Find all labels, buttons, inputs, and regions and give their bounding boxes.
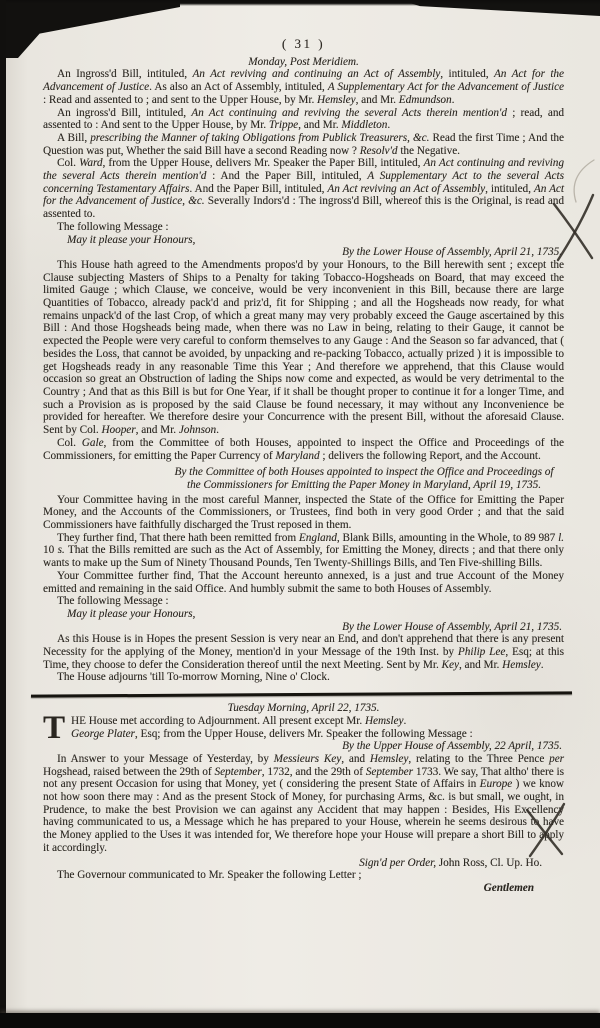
- italic-text: George Plater: [71, 728, 135, 740]
- text: A Bill,: [57, 132, 90, 144]
- paragraph-house-agreed-amendments: This House hath agreed to the Amendments…: [43, 259, 564, 437]
- text: An ingross'd Bill, intituled,: [57, 107, 191, 119]
- italic-text: England: [299, 532, 337, 544]
- italic-text: Monday, Post Meridiem.: [248, 56, 359, 68]
- text: Col.: [57, 157, 79, 169]
- text: , and Mr.: [356, 94, 399, 106]
- scanned-document-page: { "page": { "number_display": "( 31 )", …: [0, 0, 600, 1028]
- italic-text: Resolv'd: [360, 145, 398, 157]
- text: 10: [43, 544, 58, 556]
- italic-text: Johnson: [179, 424, 216, 436]
- text: .: [541, 659, 544, 671]
- byline-upper-house: By the Upper House of Assembly, 22 April…: [43, 740, 564, 753]
- scan-edge-left: [0, 0, 6, 1028]
- scan-edge-top: [0, 0, 600, 6]
- text: , 1732, and the 29th of: [262, 766, 366, 778]
- text: The following Message :: [57, 595, 169, 607]
- byline-lower-house-1: By the Lower House of Assembly, April 21…: [43, 246, 564, 259]
- line-following-message-1: The following Message :: [43, 221, 564, 234]
- committee-report-byline: By the Committee of both Houses appointe…: [168, 466, 560, 491]
- scan-edge-bottom: [0, 1013, 600, 1028]
- italic-text: Philip Lee: [458, 646, 505, 658]
- text: The House adjourns 'till To-morrow Morni…: [57, 671, 330, 683]
- italic-text: per: [549, 753, 564, 765]
- italic-text: Gale: [82, 437, 104, 449]
- paragraph-ingrossed-bill-justice: An Ingross'd Bill, intituled, An Act rev…: [43, 68, 564, 106]
- text: , from the Upper House, delivers Mr. Spe…: [103, 157, 424, 169]
- text: Maryland: [424, 479, 468, 491]
- salutation-1: May it please your Honours,: [43, 234, 564, 247]
- catchword-gentlemen: Gentlemen: [43, 882, 564, 895]
- text: the Negative.: [398, 145, 460, 157]
- session-heading-tuesday: Tuesday Morning, April 22, 1735.: [43, 702, 564, 715]
- text: An Ingross'd Bill, intituled,: [57, 68, 192, 80]
- paragraph-committee-inspected: Your Committee having in the most carefu…: [43, 494, 564, 532]
- salutation-2: May it please your Honours,: [43, 608, 564, 621]
- text: In Answer to your Message of Yesterday, …: [57, 753, 274, 765]
- italic-text: By the Lower House of Assembly, April 21…: [342, 621, 562, 633]
- text: .: [387, 119, 390, 131]
- text: HE House met according to Adjournment. A…: [71, 715, 365, 727]
- italic-text: Hemsley: [317, 94, 356, 106]
- text: : And the Paper Bill, intituled,: [206, 170, 367, 182]
- italic-text: Hemsley: [502, 659, 541, 671]
- text: .: [403, 715, 406, 727]
- byline-lower-house-2: By the Lower House of Assembly, April 21…: [43, 621, 564, 634]
- text: . As also an Act of Assembly, intituled,: [149, 81, 328, 93]
- text: That the Bills remitted are such as the …: [43, 544, 564, 569]
- italic-text: prescribing the Manner of taking Obligat…: [90, 132, 429, 144]
- italic-text: An Act reviving an Act of Assembly: [327, 183, 485, 195]
- paragraph-bill-publick-treasurers: A Bill, prescribing the Manner of taking…: [43, 132, 564, 157]
- italic-text: l.: [558, 532, 564, 544]
- line-house-adjourns: The House adjourns 'till To-morrow Morni…: [43, 671, 564, 684]
- italic-text: September: [366, 766, 413, 778]
- line-governour-letter: The Governour communicated to Mr. Speake…: [43, 869, 564, 882]
- italic-text: Hemsley: [365, 715, 404, 727]
- text: .: [452, 94, 455, 106]
- line-following-message-2: The following Message :: [43, 595, 564, 608]
- paragraph-remitted-from-england: They further find, That there hath been …: [43, 532, 564, 570]
- italic-text: Ward: [79, 157, 102, 169]
- text: The Governour communicated to Mr. Speake…: [57, 869, 361, 881]
- text: , Blank Bills, amounting in the Whole, t…: [337, 532, 558, 544]
- section-divider-rule: [31, 692, 572, 698]
- text: This House hath agreed to the Amendments…: [43, 259, 564, 436]
- italic-text: By the Upper House of Assembly, 22 April…: [342, 740, 562, 752]
- italic-text: September: [214, 766, 261, 778]
- text: , intituled,: [440, 68, 494, 80]
- text: , Esq; from the Upper House, delivers Mr…: [135, 728, 473, 740]
- page-number: ( 31 ): [43, 38, 564, 51]
- paragraph-account-annexed: Your Committee further find, That the Ac…: [43, 570, 564, 595]
- page-content: ( 31 ) Monday, Post Meridiem.An Ingross'…: [43, 38, 564, 895]
- text: Col.: [57, 437, 82, 449]
- italic-text: An Act reviving and continuing an Act of…: [192, 68, 440, 80]
- italic-text: By the Lower House of Assembly, April 21…: [342, 246, 562, 258]
- text: , and Mr.: [298, 119, 341, 131]
- pencil-arc-mark: [564, 158, 598, 204]
- paragraph-defer-consideration: As this House is in Hopes the present Se…: [43, 633, 564, 671]
- italic-text: Gentlemen: [484, 882, 534, 894]
- italic-text: Maryland: [275, 450, 319, 462]
- italic-text: Middleton: [341, 119, 387, 131]
- italic-text: Europe: [480, 778, 513, 790]
- drop-cap-letter: T: [43, 715, 71, 741]
- italic-text: s.: [58, 544, 65, 556]
- text: . And the Paper Bill, intituled,: [189, 183, 327, 195]
- text: ; delivers the following Report, and the…: [320, 450, 541, 462]
- paragraph-house-met: THE House met according to Adjournment. …: [43, 715, 564, 740]
- italic-text: Hemsley: [370, 753, 409, 765]
- text: .: [216, 424, 219, 436]
- paragraph-col-gale-committee: Col. Gale, from the Committee of both Ho…: [43, 437, 564, 462]
- italic-text: Key: [442, 659, 459, 671]
- text: The following Message :: [57, 221, 169, 233]
- text: , and Mr.: [136, 424, 179, 436]
- italic-text: , April 19, 1735.: [468, 479, 541, 491]
- text: , and: [341, 753, 370, 765]
- italic-text: Edmundson: [399, 94, 452, 106]
- italic-text: Tuesday Morning, April 22, 1735.: [228, 702, 380, 714]
- handwritten-x-mark-lower: [522, 800, 568, 860]
- italic-text: Hooper: [101, 424, 135, 436]
- text: Hogshead, raised between the 29th of: [43, 766, 214, 778]
- paragraph-ingrossed-bill-several-acts: An ingross'd Bill, intituled, An Act con…: [43, 107, 564, 132]
- text: , and Mr.: [459, 659, 502, 671]
- italic-text: May it please your Honours,: [67, 234, 195, 246]
- italic-text: Messieurs Key: [274, 753, 342, 765]
- text: , relating to the Three Pence: [408, 753, 549, 765]
- italic-text: An Act continuing and reviving the sever…: [191, 107, 507, 119]
- signature-line: Sign'd per Order, John Ross, Cl. Up. Ho.: [43, 857, 564, 870]
- text: Your Committee having in the most carefu…: [43, 494, 564, 531]
- text: : Read and assented to ; and sent to the…: [43, 94, 317, 106]
- italic-text: May it please your Honours,: [67, 608, 195, 620]
- italic-text: Trippe: [269, 119, 298, 131]
- text: They further find, That there hath been …: [57, 532, 299, 544]
- session-heading-monday: Monday, Post Meridiem.: [43, 56, 564, 69]
- italic-text: Sign'd per Order,: [359, 857, 439, 869]
- paragraph-in-answer: In Answer to your Message of Yesterday, …: [43, 753, 564, 855]
- paragraph-col-ward-delivers: Col. Ward, from the Upper House, deliver…: [43, 157, 564, 221]
- text: Your Committee further find, That the Ac…: [43, 570, 564, 595]
- italic-text: A Supplementary Act for the Advancement …: [328, 81, 564, 93]
- text: , intituled,: [485, 183, 534, 195]
